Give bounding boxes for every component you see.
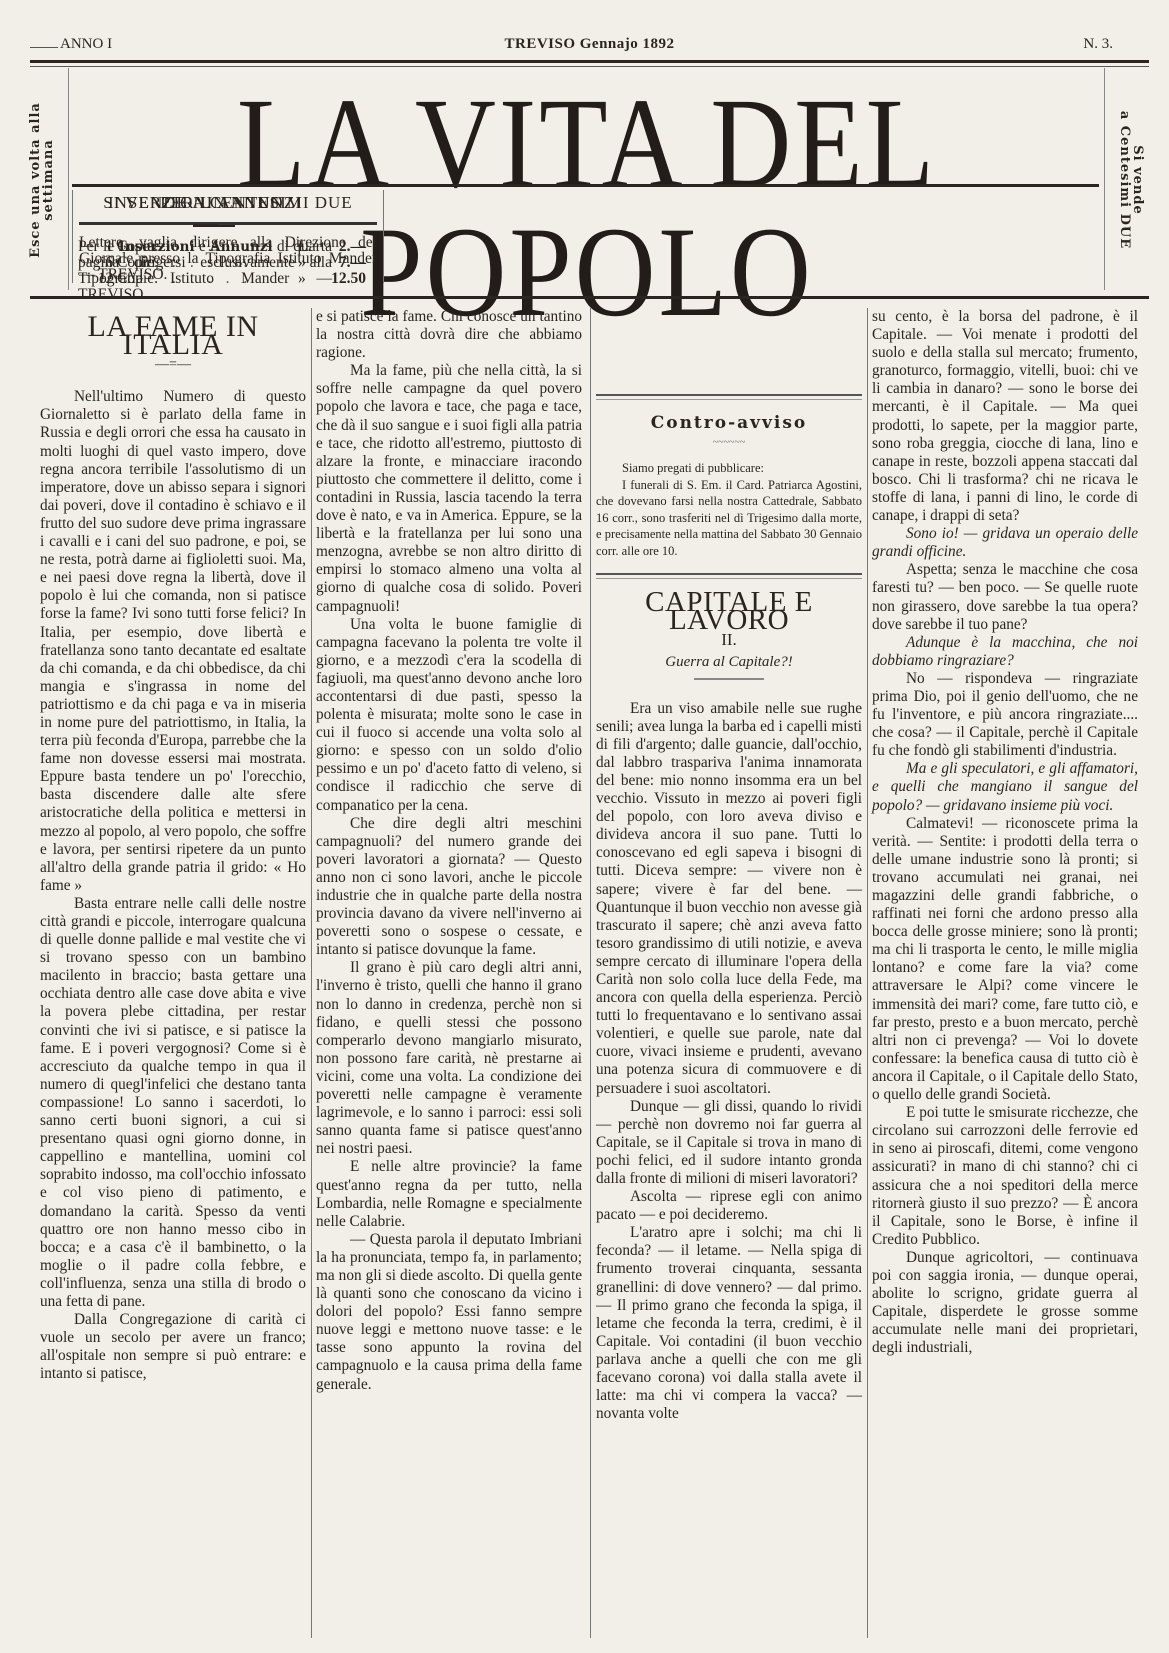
masthead-rule	[72, 184, 1099, 187]
paragraph: No — rispondeva — ringraziate prima Dio,…	[872, 670, 1138, 760]
paragraph: Ma e gli speculatori, e gli affamatori, …	[872, 760, 1138, 814]
ornament: —=—	[40, 356, 306, 374]
issue-number: N. 3.	[1083, 36, 1113, 53]
column-1: LA FAME IN ITALIA —=— Nell'ultimo Numero…	[40, 308, 306, 1383]
side-left-line-2: settimana	[42, 102, 55, 258]
ads-box: INSERZIONI ANNUNZI ▬▬▬ Per le Inserzioni…	[72, 190, 338, 303]
price-note: Si vende a Centesimi DUE	[1111, 70, 1151, 290]
top-rule-thin	[30, 66, 1149, 67]
paragraph: Aspetta; senza le macchine che cosa fare…	[872, 561, 1138, 633]
notice-lead: Siamo pregati di pubblicare:	[596, 460, 862, 477]
dateline: ANNO I TREVISO Gennajo 1892 N. 3.	[30, 36, 1149, 58]
paragraph: Una volta le buone famiglie di campagna …	[316, 616, 582, 815]
article-title: CAPITALE E LAVORO	[596, 593, 862, 629]
top-rule	[30, 60, 1149, 63]
header-bottom-rule	[30, 296, 1149, 299]
masthead: LA VITA DEL POPOLO	[70, 70, 1104, 200]
ads-bold: Annunzi	[210, 239, 273, 255]
paragraph: Nell'ultimo Numero di questo Giornaletto…	[40, 388, 306, 895]
paragraph: Dunque — gli dissi, quando lo rividi — p…	[596, 1098, 862, 1188]
paragraph: Il grano è più caro degli altri anni, l'…	[316, 959, 582, 1158]
ads-heading: INSERZIONI ANNUNZI	[78, 194, 332, 212]
column-divider	[867, 308, 868, 1638]
paragraph: Ma la fame, più che nella città, la si s…	[316, 362, 582, 615]
article-title: LA FAME IN ITALIA	[40, 318, 306, 354]
article-part: II.	[596, 631, 862, 649]
column-4: su cento, è la borsa del padrone, è il C…	[872, 308, 1138, 1357]
side-right-line-1: Si vende	[1131, 111, 1144, 249]
notice-body: Siamo pregati di pubblicare: I funerali …	[596, 460, 862, 559]
notice-title: Contro-avviso	[596, 414, 862, 432]
separator	[596, 394, 862, 400]
masthead-right-border	[1104, 68, 1105, 290]
paragraph: Calmatevi! — riconoscete prima la verità…	[872, 815, 1138, 1105]
paragraph: Dunque agricoltori, — continuava poi con…	[872, 1249, 1138, 1358]
paragraph: Sono io! — gridava un operaio delle gran…	[872, 525, 1138, 561]
paragraph: Era un viso amabile nelle sue rughe seni…	[596, 700, 862, 1098]
ornament: ~~~~~~	[596, 434, 862, 452]
ornament: ▬▬▬	[78, 215, 332, 233]
paragraph: — Questa parola il deputato Imbriani la …	[316, 1231, 582, 1394]
column-3: Contro-avviso ~~~~~~ Siamo pregati di pu…	[596, 308, 862, 1423]
side-right-line-2: a Centesimi DUE	[1118, 111, 1131, 249]
notice-text: I funerali di S. Em. il Card. Patriarca …	[596, 477, 862, 560]
paragraph: E nelle altre provincie? la fame quest'a…	[316, 1158, 582, 1230]
column-2: e si patisce la fame. Chi conosce un tan…	[316, 308, 582, 1394]
ornament-rule	[694, 678, 764, 680]
column-divider	[311, 308, 312, 1638]
ads-text-part: Per le	[78, 238, 118, 255]
body-columns: LA FAME IN ITALIA —=— Nell'ultimo Numero…	[30, 308, 1140, 1648]
paragraph: Che dire degli altri meschini campagnuol…	[316, 815, 582, 960]
paragraph: L'aratro apre i solchi; ma chi li fecond…	[596, 1224, 862, 1423]
paragraph: Dalla Congregazione di carità ci vuole u…	[40, 1311, 306, 1383]
paragraph: E poi tutte le smisurate ricchezze, che …	[872, 1104, 1138, 1249]
paragraph: Adunque è la macchina, che noi dobbiamo …	[872, 634, 1138, 670]
paragraph: e si patisce la fame. Chi conosce un tan…	[316, 308, 582, 362]
masthead-left-border	[68, 68, 69, 290]
separator	[596, 573, 862, 579]
publication-frequency-note: Esce una volta alla settimana	[22, 70, 62, 290]
column-divider	[590, 308, 591, 1638]
paragraph: su cento, è la borsa del padrone, è il C…	[872, 308, 1138, 525]
paragraph: Ascolta — riprese egli con animo pacato …	[596, 1188, 862, 1224]
ads-text: Per le Inserzioni e Annunzi di quarta pa…	[78, 239, 332, 303]
article-subtitle: Guerra al Capitale?!	[596, 653, 862, 671]
info-strip: PER UN ANNO ▬▬▬ 1 Copia. ..... L. 2.— 6 …	[72, 190, 1099, 290]
ads-bold: Inserzioni	[118, 239, 194, 255]
ads-text-part: e	[195, 238, 210, 255]
place-date: TREVISO Gennajo 1892	[30, 36, 1149, 53]
paragraph: Basta entrare nelle calli delle nostre c…	[40, 895, 306, 1311]
